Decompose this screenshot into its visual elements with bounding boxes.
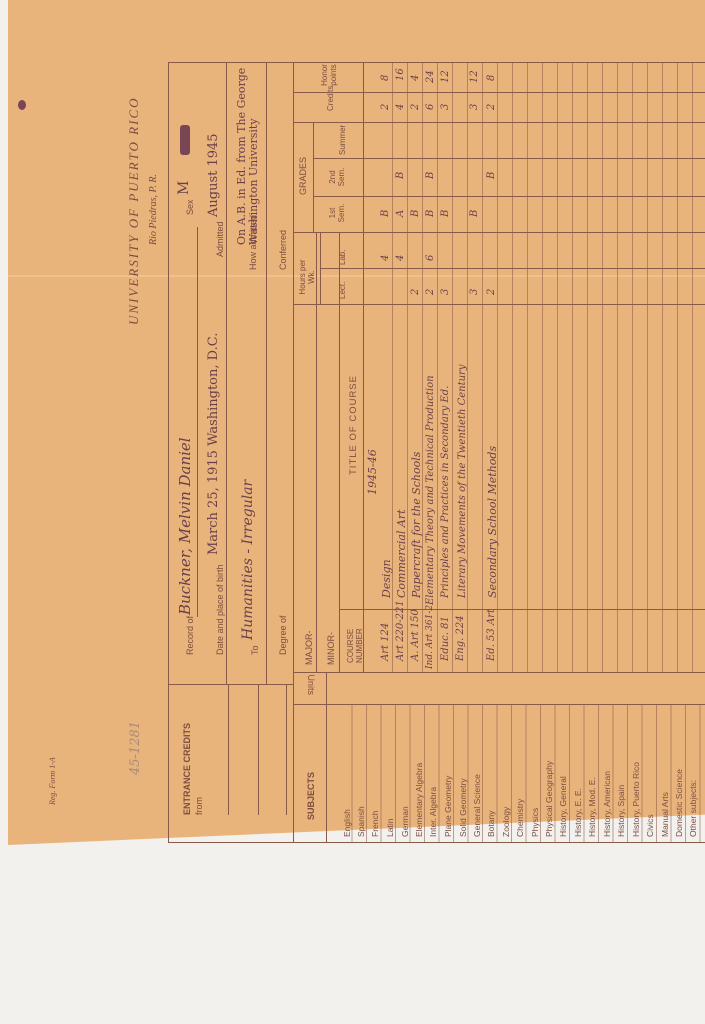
rule (226, 63, 227, 685)
lect-header: Lect. (338, 282, 347, 299)
record-of-label: Record of (185, 616, 195, 655)
entrance-from-label: from (194, 797, 204, 815)
conferred-label: Conferred (278, 230, 288, 270)
rule (320, 233, 321, 305)
rule (286, 685, 287, 815)
hours-header: Hours per Wk. (298, 257, 316, 297)
rule (266, 63, 267, 685)
credits-header: Credits (326, 86, 335, 111)
rule (258, 685, 259, 815)
rotated-transcript-form: UNIVERSITY OF PUERTO RICO Rio Piedras, P… (8, 0, 705, 845)
units-header: Units (306, 674, 316, 695)
rule (197, 227, 198, 617)
title-of-course-header: TITLE OF COURSE (348, 375, 359, 475)
birth-label: Date and place of birth (215, 564, 225, 655)
ink-blot (18, 100, 26, 110)
rule (326, 673, 327, 843)
margin-note: 45-1281 (128, 721, 143, 775)
sex-value: M (176, 181, 192, 195)
minor-label: MINOR- (326, 632, 336, 665)
rule (228, 685, 229, 815)
sem2-header: 2nd Sem. (328, 163, 346, 191)
frame-top (168, 63, 169, 843)
birth-value: March 25, 1915 Washington, D.C. (206, 333, 221, 555)
honor-points-header: Honor points (320, 63, 338, 87)
to-label: To (250, 645, 260, 655)
rule (313, 123, 314, 233)
sex-label: Sex (185, 199, 195, 215)
rule (293, 63, 294, 843)
admitted-value: August 1945 (206, 133, 221, 217)
subject-ruled-lines (338, 705, 705, 843)
degree-label: Degree of (278, 615, 288, 655)
rule (339, 233, 340, 673)
admitted-label: Admitted (215, 221, 225, 257)
rule (363, 63, 364, 673)
lab-header: Lab. (338, 249, 347, 265)
how-admitted-value: On A.B. in Ed. from The George Washingto… (236, 65, 260, 245)
university-title: UNIVERSITY OF PUERTO RICO (126, 96, 142, 325)
grades-header: GRADES (298, 157, 308, 195)
to-value: Humanities - Irregular (240, 480, 256, 640)
sem1-header: 1st Sem. (328, 199, 346, 227)
ruled-lines (378, 63, 705, 673)
form-number: Reg. Form 1-A (48, 757, 57, 805)
subjects-header: SUBJECTS (306, 772, 316, 820)
university-location: Rio Piedras, P. R. (148, 174, 159, 245)
summer-header: Summer (338, 125, 347, 155)
student-name: Buckner, Melvin Daniel (176, 437, 194, 615)
rule (168, 684, 293, 685)
major-label: MAJOR- (304, 631, 314, 666)
redaction-mark (180, 125, 190, 155)
rule (316, 233, 317, 673)
entrance-credits-title: ENTRANCE CREDITS (182, 723, 192, 815)
course-number-header: COURSE NUMBER (346, 613, 364, 663)
